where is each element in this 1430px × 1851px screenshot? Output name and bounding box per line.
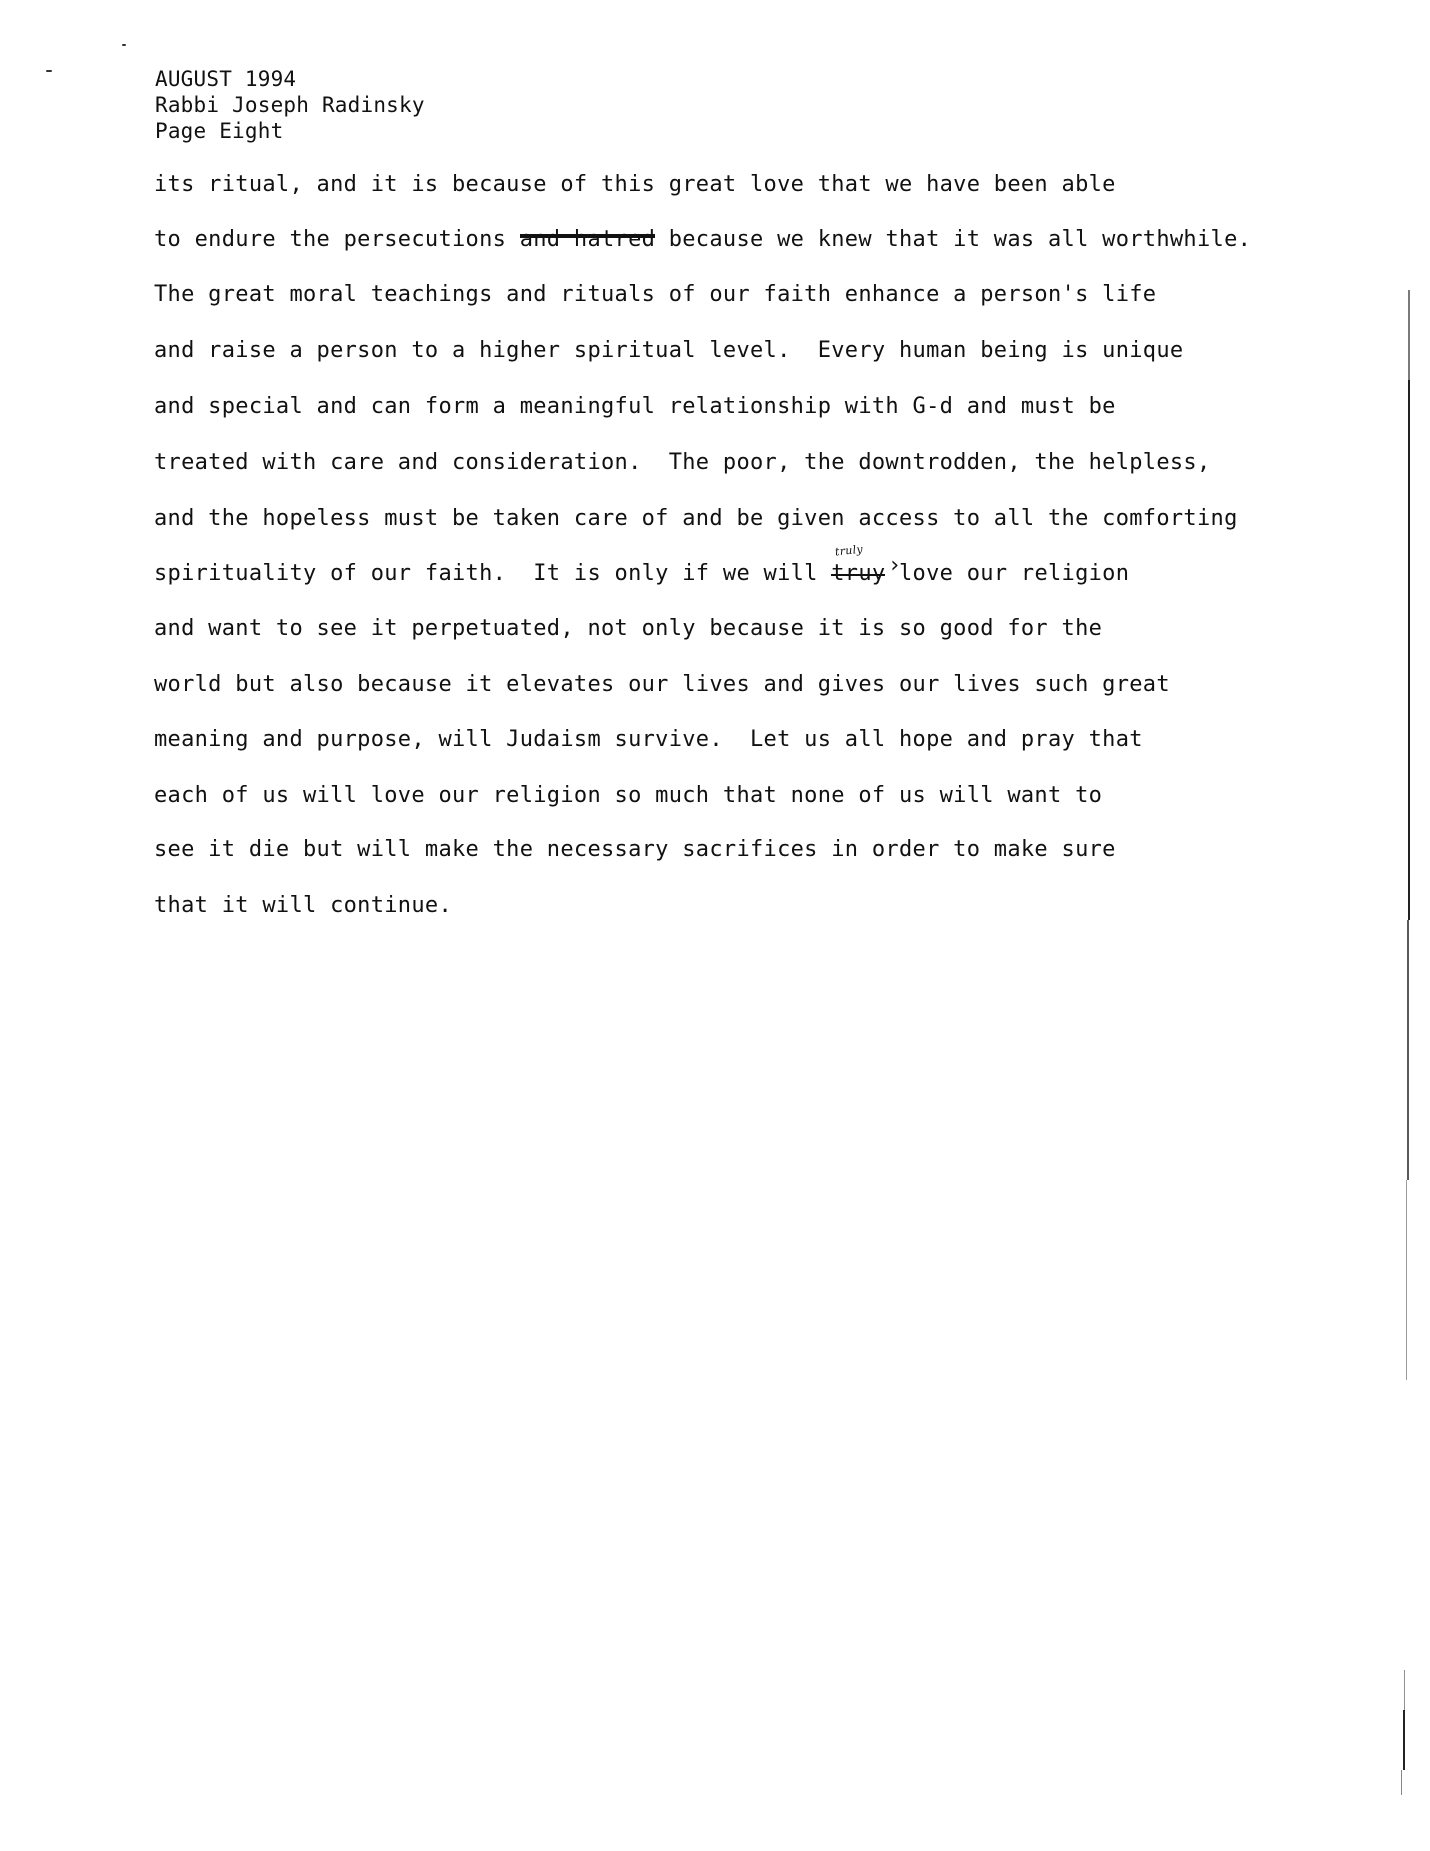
header-author: Rabbi Joseph Radinsky: [155, 92, 425, 118]
text-line: world but also because it elevates our l…: [154, 670, 1170, 700]
scan-edge-line: [1401, 1770, 1402, 1795]
scan-edge-line: [1408, 380, 1410, 920]
scan-edge-line: [1403, 1710, 1405, 1770]
scan-edge-line: [1408, 290, 1410, 380]
document-header: AUGUST 1994 Rabbi Joseph Radinsky Page E…: [155, 66, 425, 144]
text-segment: spirituality of our faith. It is only if…: [154, 561, 831, 586]
text-line: that it will continue.: [154, 891, 452, 921]
header-date: AUGUST 1994: [155, 66, 425, 92]
text-line: and raise a person to a higher spiritual…: [154, 336, 1183, 366]
text-line: and the hopeless must be taken care of a…: [154, 504, 1238, 534]
document-page: AUGUST 1994 Rabbi Joseph Radinsky Page E…: [0, 0, 1430, 1851]
scan-speck: [46, 70, 52, 72]
scan-edge-line: [1407, 920, 1409, 1180]
text-line: and want to see it perpetuated, not only…: [154, 614, 1102, 644]
struck-out-text: and hatred: [520, 225, 655, 255]
insertion-caret-icon: ›: [890, 555, 899, 577]
text-line: and special and can form a meaningful re…: [154, 392, 1116, 422]
handwritten-insert: truly: [835, 544, 864, 559]
text-line: spirituality of our faith. It is only if…: [154, 559, 1129, 589]
text-line: its ritual, and it is because of this gr…: [154, 170, 1116, 200]
text-segment: because we knew that it was all worthwhi…: [655, 227, 1251, 252]
text-segment: love our religion: [885, 561, 1129, 586]
text-line: to endure the persecutions and hatred be…: [154, 225, 1251, 255]
text-line: treated with care and consideration. The…: [154, 448, 1211, 478]
text-line: each of us will love our religion so muc…: [154, 781, 1102, 811]
text-line: meaning and purpose, will Judaism surviv…: [154, 725, 1143, 755]
text-line: The great moral teachings and rituals of…: [154, 280, 1156, 310]
text-line: see it die but will make the necessary s…: [154, 835, 1116, 865]
scan-edge-line: [1404, 1670, 1405, 1710]
handwritten-correction: truytruly›: [831, 559, 885, 589]
header-page-number: Page Eight: [155, 118, 425, 144]
text-segment: to endure the persecutions: [154, 227, 520, 252]
scan-edge-line: [1406, 1180, 1407, 1380]
struck-out-text: truy: [831, 559, 885, 589]
scan-speck: [122, 44, 126, 46]
